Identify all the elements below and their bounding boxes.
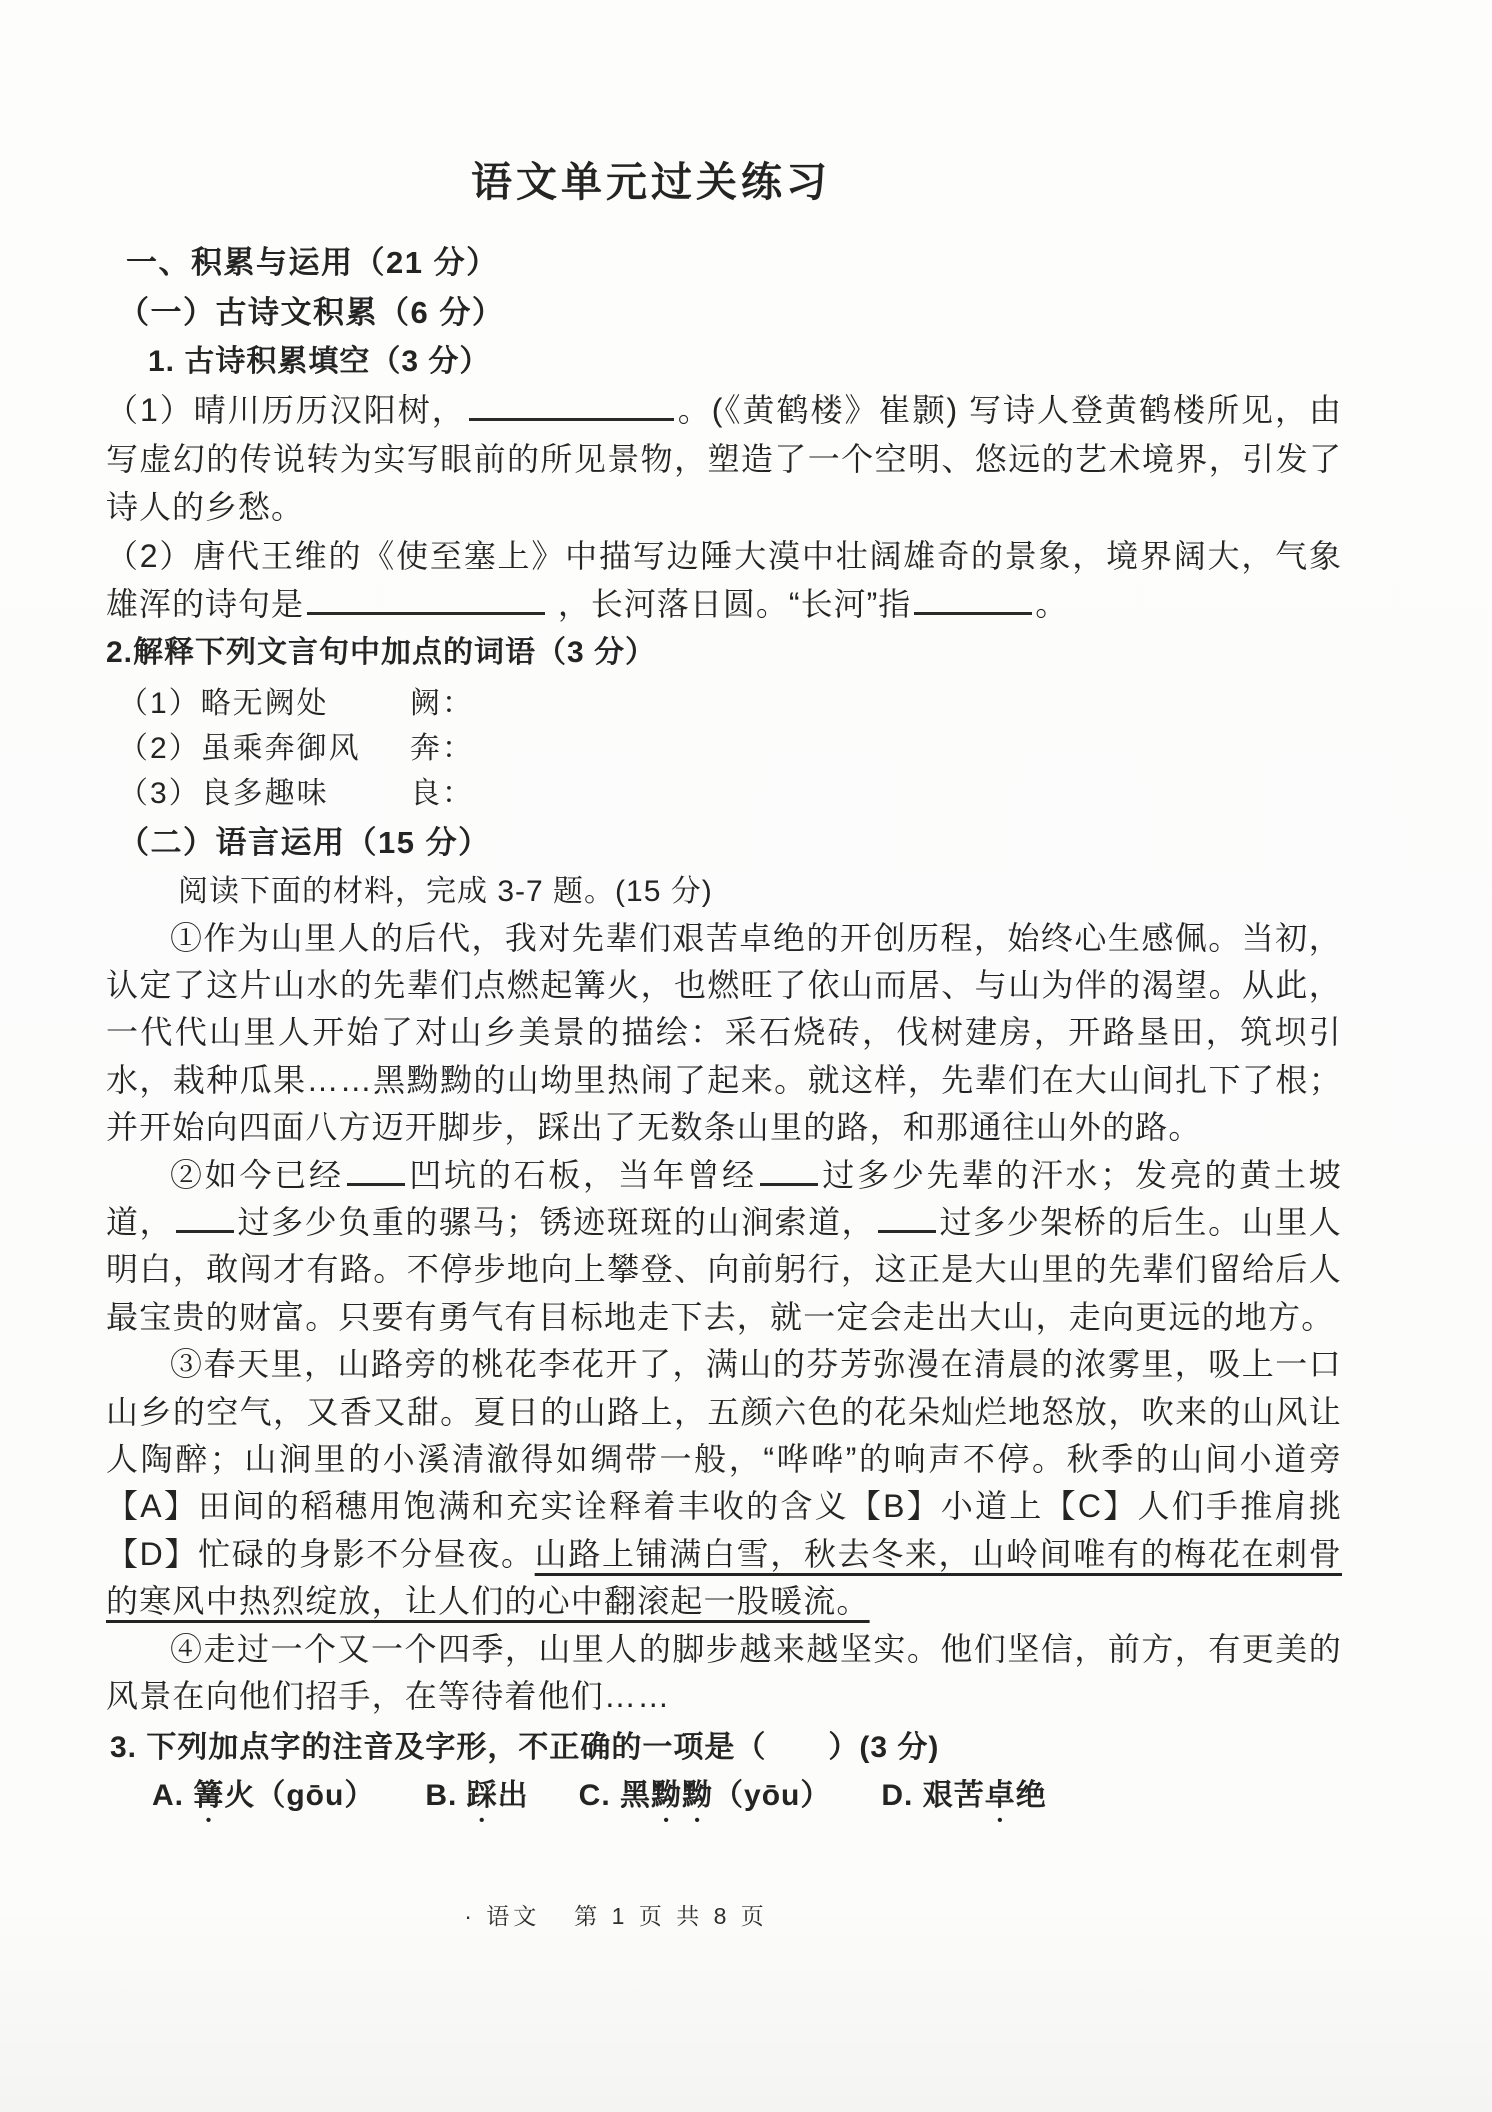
q1-item-1-text: （1）晴川历历汉阳树， [106,392,466,428]
answer-blank-line [469,391,674,421]
fill-blank [760,1155,818,1185]
question-3-options: A. 篝火（gōu） B. 踩出 C. 黑黝黝（yōu） D. 艰苦卓绝 [100,1772,1342,1829]
subsection-2-heading: （二）语言运用（15 分） [100,818,1342,868]
para2-text: 凹坑的石板，当年曾经 [408,1157,757,1193]
q2-term: 奔： [410,726,474,771]
q2-row: （2）虽乘奔御风 奔： [100,726,1342,771]
footer-subject: · 语文 [464,1903,540,1929]
question-1-heading: 1. 古诗积累填空（3 分） [100,338,1342,386]
subsection-1-heading: （一）古诗文积累（6 分） [100,288,1342,338]
exam-page: 语文单元过关练习 一、积累与运用（21 分） （一）古诗文积累（6 分） 1. … [0,0,1492,2112]
q2-row: （3）良多趣味 良： [100,771,1342,816]
q2-term: 阙： [410,681,474,726]
option-label: A. [152,1779,193,1812]
section-1-heading: 一、积累与运用（21 分） [100,238,1342,288]
option-text: （yōu） [713,1779,831,1812]
reading-paragraph-3: ③春天里，山路旁的桃花李花开了，满山的芬芳弥漫在清晨的浓雾里，吸上一口山乡的空气… [100,1341,1342,1625]
option-label: C. [579,1779,620,1812]
q1-item-2-text-end: 。 [1035,586,1068,622]
option-label: D. [881,1779,922,1812]
option-b: B. 踩出 [425,1772,528,1829]
question-2-heading: 2.解释下列文言句中加点的词语（3 分） [100,629,1342,677]
dotted-char: 踩 [467,1779,498,1812]
reading-intro: 阅读下面的材料，完成 3-7 题。(15 分) [100,868,1342,915]
q2-term: 良： [410,771,474,816]
para2-text: ②如今已经 [170,1157,344,1193]
q2-phrase: （2）虽乘奔御风 [118,726,410,771]
reading-paragraph-1: ①作为山里人的后代，我对先辈们艰苦卓绝的开创历程，始终心生感佩。当初，认定了这片… [100,915,1342,1152]
q2-phrase: （1）略无阙处 [118,681,410,726]
option-label: B. [425,1779,466,1812]
question-2-items: （1）略无阙处 阙： （2）虽乘奔御风 奔： （3）良多趣味 良： [100,681,1342,816]
fill-blank [347,1155,405,1185]
option-a: A. 篝火（gōu） [152,1772,375,1829]
q2-row: （1）略无阙处 阙： [100,681,1342,726]
fill-blank [176,1203,234,1233]
option-c: C. 黑黝黝（yōu） [579,1772,832,1829]
option-text: 出 [498,1779,529,1812]
dotted-char: 篝 [193,1779,224,1812]
question-1-item-1: （1）晴川历历汉阳树，。(《黄鹤楼》崔颢) 写诗人登黄鹤楼所见，由写虚幻的传说转… [100,386,1342,532]
option-text: 绝 [1016,1779,1047,1812]
dotted-char: 卓 [985,1779,1016,1812]
reading-paragraph-4: ④走过一个又一个四季，山里人的脚步越来越坚实。他们坚信，前方，有更美的风景在向他… [100,1626,1342,1721]
exam-title: 语文单元过关练习 [30,156,1272,208]
option-text: 艰苦 [923,1779,985,1812]
option-d: D. 艰苦卓绝 [881,1772,1046,1829]
page-footer: · 语文第 1 页 共 8 页 [0,1898,1362,1931]
para2-text: 过多少负重的骡马；锈迹斑斑的山涧索道， [237,1204,875,1240]
dotted-char: 黝黝 [651,1779,713,1812]
q2-phrase: （3）良多趣味 [118,771,410,816]
option-text: 火（gōu） [224,1779,375,1812]
question-1-item-2: （2）唐代王维的《使至塞上》中描写边陲大漠中壮阔雄奇的景象，境界阔大，气象雄浑的… [100,532,1342,629]
reading-paragraph-2: ②如今已经凹坑的石板，当年曾经过多少先辈的汗水；发亮的黄土坡道，过多少负重的骡马… [100,1152,1342,1342]
answer-blank-line [914,585,1032,615]
option-text: 黑 [620,1779,651,1812]
fill-blank [878,1203,936,1233]
question-3-heading: 3. 下列加点字的注音及字形，不正确的一项是（ ）(3 分) [100,1724,1342,1772]
footer-page-info: 第 1 页 共 8 页 [574,1903,768,1929]
answer-blank-line [307,585,545,615]
q1-item-2-text-mid: ，长河落日圆。“长河”指 [548,586,911,622]
